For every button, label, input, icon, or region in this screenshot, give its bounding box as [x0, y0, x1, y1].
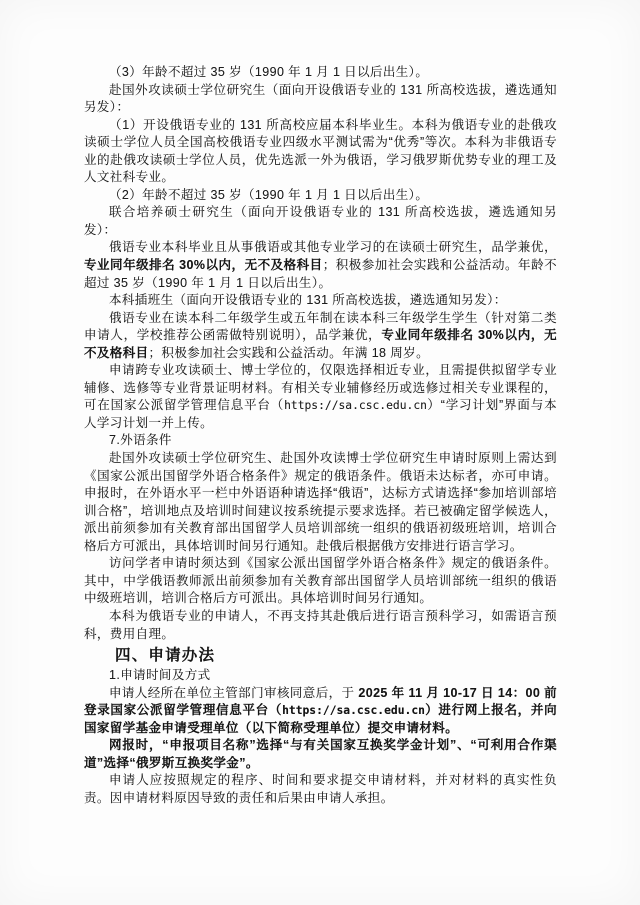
text-run: （1）开设俄语专业的 131 所高校应届本科毕业生。本科为俄语专业的赴俄攻读硕士… — [84, 118, 557, 185]
para-joint-master-intro: 联合培养硕士研究生（面向开设俄语专业的 131 所高校选拔，遴选通知另发）： — [84, 204, 557, 239]
para-online-registration-options: 网报时，“申报项目名称”选择“与有关国家互换奖学金计划”、“可利用合作渠道”选择… — [84, 737, 557, 772]
text-run: 俄语专业本科毕业且从事俄语或其他专业学习的在读硕士研究生，品学兼优， — [109, 240, 557, 254]
subheading-application-time: 1.申请时间及方式 — [84, 667, 557, 685]
clause-age-limit-3: （3）年龄不超过 35 岁（1990 年 1 月 1 日以后出生）。 — [84, 64, 557, 82]
text-run: 访问学者申请时须达到《国家公派出国留学外语合格条件》规定的俄语条件。其中，中学俄… — [84, 556, 557, 605]
text-run: （2）年龄不超过 35 岁（1990 年 1 月 1 日以后出生）。 — [109, 188, 428, 202]
para-joint-master-requirements: 俄语专业本科毕业且从事俄语或其他专业学习的在读硕士研究生，品学兼优，专业同年级排… — [84, 239, 557, 292]
para-language-requirement-degree: 赴国外攻读硕士学位研究生、赴国外攻读博士学位研究生申请时原则上需达到《国家公派出… — [84, 450, 557, 555]
para-undergrad-transfer-intro: 本科插班生（面向开设俄语专业的 131 所高校选拔，遴选通知另发）： — [84, 292, 557, 310]
text-run: 申请人应按照规定的程序、时间和要求提交申请材料，并对材料的真实性负责。因申请材料… — [84, 773, 557, 805]
text-run: ；积极参加社会实践和公益活动。年满 18 周岁。 — [149, 346, 429, 360]
text-run: （3）年龄不超过 35 岁（1990 年 1 月 1 日以后出生）。 — [109, 65, 428, 79]
text-run: 1.申请时间及方式 — [109, 668, 211, 682]
para-no-preparatory-language: 本科为俄语专业的申请人，不再支持其赴俄后进行语言预科学习，如需语言预科，费用自理… — [84, 608, 557, 643]
para-application-time: 申请人经所在单位主管部门审核同意后，于 2025 年 11 月 10-17 日 … — [84, 685, 557, 738]
para-master-abroad-intro: 赴国外攻读硕士学位研究生（面向开设俄语专业的 131 所高校选拔，遴选通知另发）… — [84, 82, 557, 117]
clause-master-1: （1）开设俄语专业的 131 所高校应届本科毕业生。本科为俄语专业的赴俄攻读硕士… — [84, 117, 557, 187]
text-run: 赴国外攻读硕士学位研究生、赴国外攻读博士学位研究生申请时原则上需达到《国家公派出… — [84, 451, 557, 553]
para-material-responsibility: 申请人应按照规定的程序、时间和要求提交申请材料，并对材料的真实性负责。因申请材料… — [84, 772, 557, 807]
text-run: 申请人经所在单位主管部门审核同意后，于 — [109, 686, 358, 700]
scanned-document-page: （3）年龄不超过 35 岁（1990 年 1 月 1 日以后出生）。赴国外攻读硕… — [0, 0, 640, 905]
text-run: 赴国外攻读硕士学位研究生（面向开设俄语专业的 131 所高校选拔，遴选通知另发）… — [84, 83, 557, 115]
url-text: https://sa.csc.edu.cn — [284, 399, 427, 412]
text-run: 本科为俄语专业的申请人，不再支持其赴俄后进行语言预科学习，如需语言预科，费用自理… — [84, 609, 557, 641]
text-run: 专业同年级排名 30%以内，无不及格科目 — [84, 258, 323, 272]
para-cross-major: 申请跨专业攻读硕士、博士学位的，仅限选择相近专业，且需提供拟留学专业辅修、选修等… — [84, 362, 557, 432]
text-run: 7.外语条件 — [109, 433, 172, 447]
clause-master-2: （2）年龄不超过 35 岁（1990 年 1 月 1 日以后出生）。 — [84, 187, 557, 205]
text-run: 本科插班生（面向开设俄语专业的 131 所高校选拔，遴选通知另发）： — [109, 293, 507, 307]
para-language-requirement-visiting-scholar: 访问学者申请时须达到《国家公派出国留学外语合格条件》规定的俄语条件。其中，中学俄… — [84, 555, 557, 608]
text-run: 四、申请办法 — [115, 647, 215, 664]
para-undergrad-transfer-requirements: 俄语专业在读本科二年级学生或五年制在读本科三年级学生学生（针对第二类申请人，学校… — [84, 310, 557, 363]
section-heading-application-method: 四、申请办法 — [84, 643, 557, 667]
url-text: https://sa.csc.edu.cn — [282, 704, 425, 717]
document-text-block: （3）年龄不超过 35 岁（1990 年 1 月 1 日以后出生）。赴国外攻读硕… — [84, 64, 557, 807]
text-run: 联合培养硕士研究生（面向开设俄语专业的 131 所高校选拔，遴选通知另发）： — [84, 205, 557, 237]
text-run: 网报时，“申报项目名称”选择“与有关国家互换奖学金计划”、“可利用合作渠道”选择… — [84, 738, 557, 770]
subheading-foreign-language: 7.外语条件 — [84, 432, 557, 450]
